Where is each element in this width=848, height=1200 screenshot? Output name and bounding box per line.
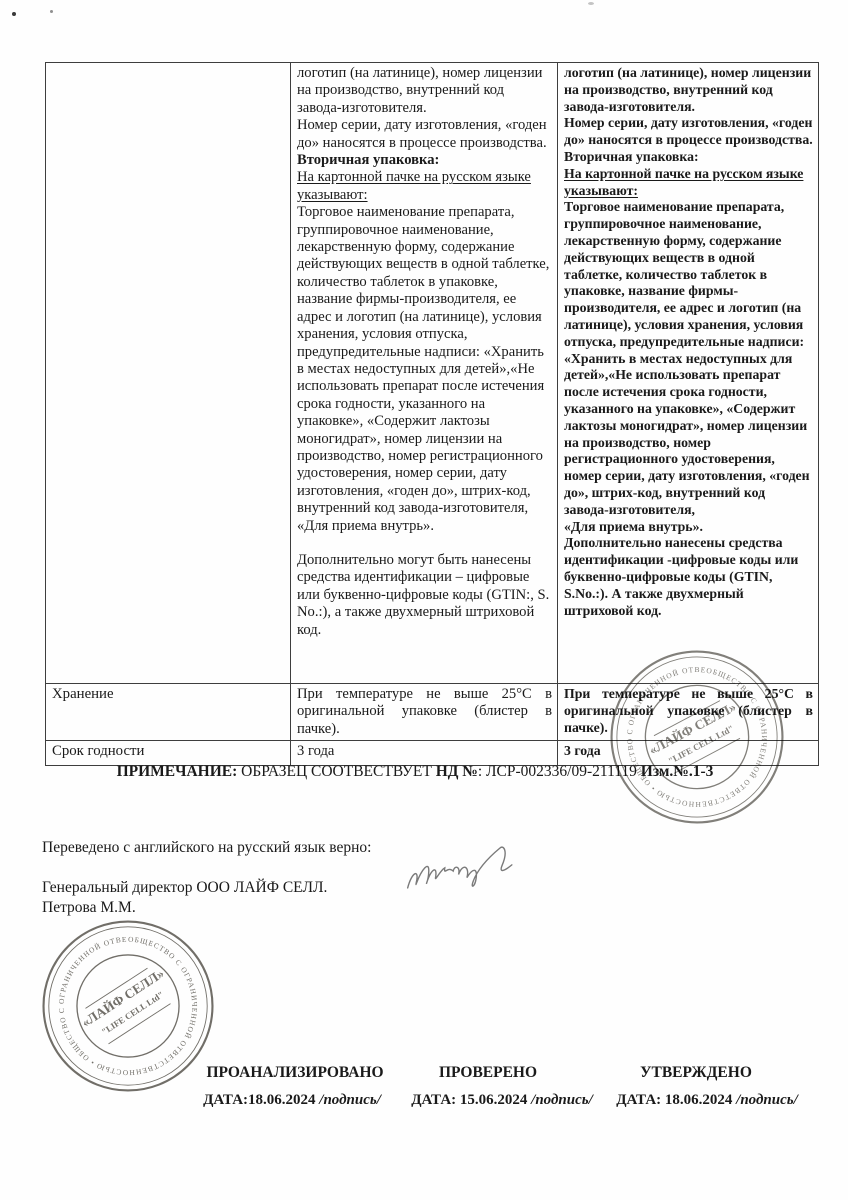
- approval-date-checked: ДАТА: 15.06.2024 /подпись/: [411, 1092, 593, 1109]
- paragraph: логотип (на латинице), номер лицензии на…: [297, 65, 552, 117]
- packaging-text-cell-right: логотип (на латинице), номер лицензии на…: [558, 63, 819, 684]
- translation-block: Переведено с английского на русский язык…: [42, 838, 371, 918]
- paragraph: Номер серии, дату изготовления, «годен д…: [297, 117, 552, 152]
- note-nd: НД №: [436, 763, 478, 780]
- paragraph: «Для приема внутрь».: [297, 518, 552, 535]
- paragraph: Дополнительно могут быть нанесены средст…: [297, 552, 552, 639]
- signature-placeholder: /подпись/: [732, 1092, 797, 1108]
- director-title: Генеральный директор ООО ЛАЙФ СЕЛЛ.: [42, 878, 371, 898]
- approval-date-approved: ДАТА: 18.06.2024 /подпись/: [616, 1092, 798, 1109]
- storage-conditions-cell-left: При температуре не выше 25°С в оригиналь…: [291, 684, 558, 741]
- row-label-shelf-life: Срок годности: [46, 741, 291, 766]
- underlined-subheading: На картонной пачке на русском языке указ…: [297, 169, 552, 204]
- date-value: ДАТА: 15.06.2024: [411, 1092, 527, 1108]
- stamp-ring-text: ОБЩЕСТВО С ОГРАНИЧЕННОЙ ОТВЕТСТВЕННОСТЬЮ…: [57, 935, 200, 1078]
- secondary-packaging-heading: Вторичная упаковка:: [564, 149, 813, 166]
- scan-speck: [588, 2, 594, 5]
- approval-title-approved: УТВЕРЖДЕНО: [640, 1064, 752, 1082]
- signature-placeholder: /подпись/: [527, 1092, 592, 1108]
- director-name: Петрова М.М.: [42, 898, 371, 918]
- paragraph: «Для приема внутрь».: [564, 519, 813, 536]
- underlined-subheading: На картонной пачке на русском языке указ…: [564, 166, 813, 200]
- row-label-storage: Хранение: [46, 684, 291, 741]
- scan-speck: [50, 10, 53, 13]
- paragraph: Торговое наименование препарата, группир…: [297, 204, 552, 517]
- paragraph: Номер серии, дату изготовления, «годен д…: [564, 115, 813, 149]
- note-prefix: ПРИМЕЧАНИЕ:: [117, 763, 238, 780]
- signature-placeholder: /подпись/: [316, 1092, 381, 1108]
- translation-statement: Переведено с английского на русский язык…: [42, 838, 371, 858]
- note-text: ОБРАЗЕЦ СООТВЕСТВУЕТ: [237, 763, 435, 780]
- paragraph: Дополнительно нанесены средства идентифи…: [564, 535, 813, 619]
- handwritten-signature: [395, 833, 530, 904]
- approval-title-analyzed: ПРОАНАЛИЗИРОВАНО: [206, 1064, 383, 1082]
- date-value: ДАТА:18.06.2024: [203, 1092, 315, 1108]
- secondary-packaging-heading: Вторичная упаковка:: [297, 152, 552, 169]
- scan-speck: [12, 12, 16, 16]
- row-label-cell-empty: [46, 63, 291, 684]
- paragraph: Торговое наименование препарата, группир…: [564, 199, 813, 518]
- company-round-stamp: ОБЩЕСТВО С ОГРАНИЧЕННОЙ ОТВЕТСТВЕННОСТЬЮ…: [40, 918, 216, 1094]
- company-round-stamp: ОБЩЕСТВО С ОГРАНИЧЕННОЙ ОТВЕТСТВЕННОСТЬЮ…: [596, 636, 797, 837]
- shelf-life-cell-left: 3 года: [291, 741, 558, 766]
- packaging-text-cell-left: логотип (на латинице), номер лицензии на…: [291, 63, 558, 684]
- table-row-packaging-text: логотип (на латинице), номер лицензии на…: [46, 63, 819, 684]
- approval-title-checked: ПРОВЕРЕНО: [439, 1064, 537, 1082]
- date-value: ДАТА: 18.06.2024: [616, 1092, 732, 1108]
- approval-date-analyzed: ДАТА:18.06.2024 /подпись/: [203, 1092, 381, 1109]
- scanned-document-page: логотип (на латинице), номер лицензии на…: [0, 0, 848, 1200]
- paragraph: логотип (на латинице), номер лицензии на…: [564, 65, 813, 115]
